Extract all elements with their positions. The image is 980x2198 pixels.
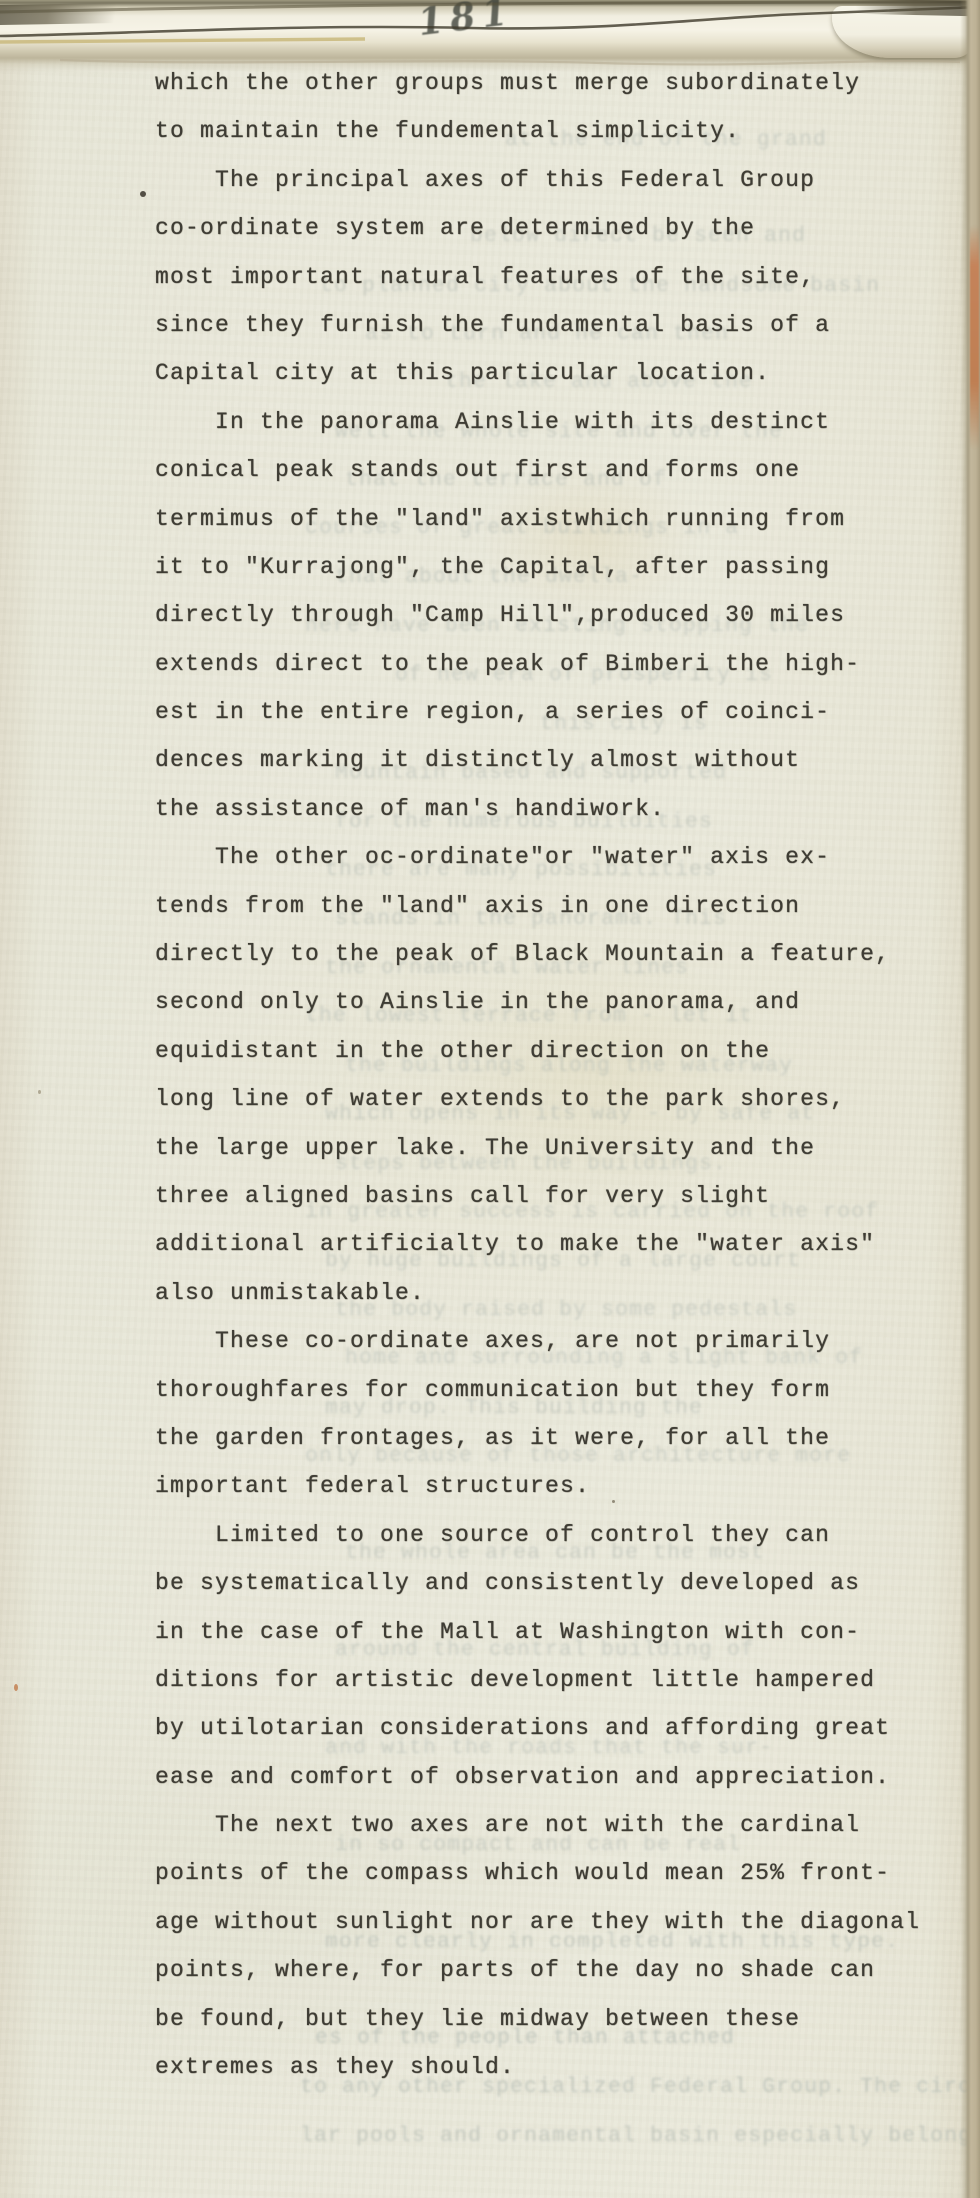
typed-line: points of the compass which would mean 2… xyxy=(155,1849,945,1897)
typed-line: extremes as they should. xyxy=(155,2043,945,2091)
typed-line: be found, but they lie midway between th… xyxy=(155,1995,945,2043)
typed-text-block: which the other groups must merge subord… xyxy=(155,59,945,2091)
typed-line: the assistance of man's handiwork. xyxy=(155,785,945,833)
typed-line: be systematically and consistently devel… xyxy=(155,1559,945,1607)
typed-line: to maintain the fundemental simplicity. xyxy=(155,107,945,155)
typed-line: thoroughfares for communication but they… xyxy=(155,1366,945,1414)
typed-line: Limited to one source of control they ca… xyxy=(155,1511,945,1559)
typed-line: age without sunlight nor are they with t… xyxy=(155,1898,945,1946)
typed-line: ease and comfort of observation and appr… xyxy=(155,1753,945,1801)
typed-line: termimus of the "land" axistwhich runnin… xyxy=(155,495,945,543)
typed-line: the large upper lake. The University and… xyxy=(155,1124,945,1172)
typed-line: the garden frontages, as it were, for al… xyxy=(155,1414,945,1462)
bleedthrough-text: lar pools and ornamental basin especiall… xyxy=(300,2124,972,2148)
adjacent-page-edge xyxy=(970,225,979,450)
typed-line: dences marking it distinctly almost with… xyxy=(155,736,945,784)
typed-line: The next two axes are not with the cardi… xyxy=(155,1801,945,1849)
typed-line: points, where, for parts of the day no s… xyxy=(155,1946,945,1994)
typed-line: Capital city at this particular location… xyxy=(155,349,945,397)
typed-line: These co-ordinate axes, are not primaril… xyxy=(155,1317,945,1365)
typed-line: The principal axes of this Federal Group xyxy=(155,156,945,204)
typed-line: most important natural features of the s… xyxy=(155,253,945,301)
typed-line: In the panorama Ainslie with its destinc… xyxy=(155,398,945,446)
typed-line: since they furnish the fundamental basis… xyxy=(155,301,945,349)
typed-line: The other oc-ordinate"or "water" axis ex… xyxy=(155,833,945,881)
paper-speck xyxy=(14,1684,18,1691)
typed-line: in the case of the Mall at Washington wi… xyxy=(155,1608,945,1656)
typed-line: directly to the peak of Black Mountain a… xyxy=(155,930,945,978)
typed-line: it to "Kurrajong", the Capital, after pa… xyxy=(155,543,945,591)
typed-line: long line of water extends to the park s… xyxy=(155,1075,945,1123)
typed-line: also unmistakable. xyxy=(155,1269,945,1317)
typed-line: additional artificialty to make the "wat… xyxy=(155,1220,945,1268)
typed-line: conical peak stands out first and forms … xyxy=(155,446,945,494)
typed-line: directly through "Camp Hill",produced 30… xyxy=(155,591,945,639)
manuscript-page: 181 at the end of the grandbelow direct … xyxy=(0,0,980,2198)
typed-line: three aligned basins call for very sligh… xyxy=(155,1172,945,1220)
typed-line: second only to Ainslie in the panorama, … xyxy=(155,978,945,1026)
paper-speck xyxy=(140,191,146,197)
typed-line: which the other groups must merge subord… xyxy=(155,59,945,107)
typed-line: important federal structures. xyxy=(155,1462,945,1510)
typed-line: co-ordinate system are determined by the xyxy=(155,204,945,252)
typed-line: equidistant in the other direction on th… xyxy=(155,1027,945,1075)
typed-line: tends from the "land" axis in one direct… xyxy=(155,882,945,930)
typed-line: ditions for artistic development little … xyxy=(155,1656,945,1704)
paper-speck xyxy=(38,1090,41,1094)
typed-line: est in the entire region, a series of co… xyxy=(155,688,945,736)
typed-line: extends direct to the peak of Bimberi th… xyxy=(155,640,945,688)
typed-line: by utilotarian considerations and afford… xyxy=(155,1704,945,1752)
